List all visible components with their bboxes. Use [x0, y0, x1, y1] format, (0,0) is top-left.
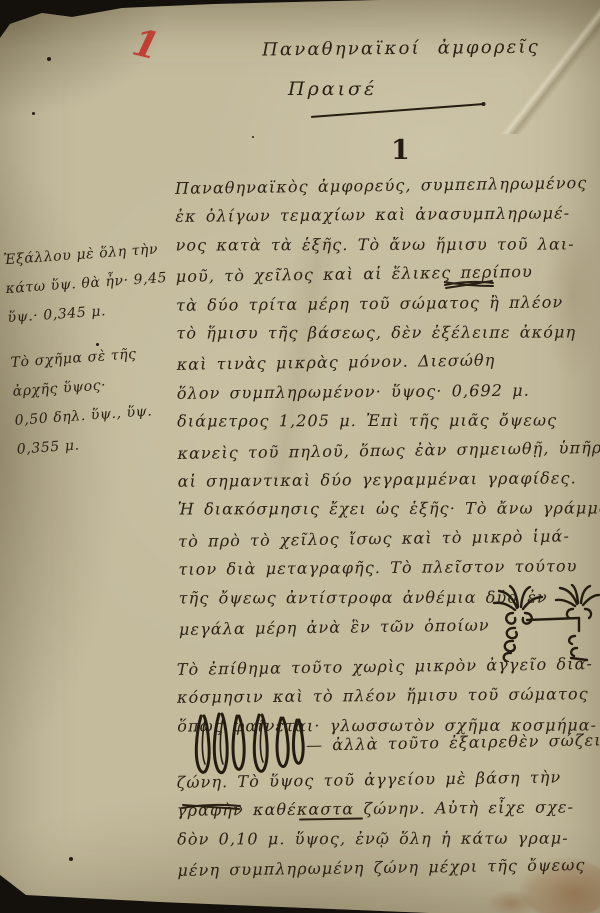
page-title: Παναθηναϊκοί ἀμφορεῖς — [262, 37, 540, 61]
strikethrough-mark — [444, 276, 494, 290]
manuscript-line: τὰ δύο τρίτα μέρη τοῦ σώματος ἢ πλέον — [176, 287, 588, 320]
paper-speck — [47, 57, 51, 61]
manuscript-line: κανεὶς τοῦ πηλοῦ, ὅπως ἐὰν σημειωθῇ, ὑπῆ… — [177, 433, 589, 468]
manuscript-line: μοῦ, τὸ χεῖλος καὶ αἱ ἕλικες περίπου — [176, 256, 588, 291]
margin-note: Ἐξάλλου μὲ ὅλη τὴνκάτω ὕψ. θὰ ἦν· 9,45ὕψ… — [3, 234, 190, 464]
stain-bottom-right-small — [487, 890, 537, 913]
strikethrough-mark — [181, 798, 241, 812]
paper-speck — [252, 136, 254, 138]
paper-speck — [32, 112, 35, 115]
body-paragraph-1: Παναθηναϊκὸς ἀμφορεύς, συμπεπληρωμένοςἐκ… — [175, 169, 591, 643]
page-subtitle: Πραισέ — [288, 78, 377, 100]
section-number: 1 — [391, 135, 410, 166]
manuscript-line: διάμετρος 1,205 μ. Ἐπὶ τῆς μιᾶς ὄψεως — [177, 406, 589, 436]
manuscript-line: αἱ σημαντικαὶ δύο γεγραμμέναι γραφίδες. — [178, 463, 590, 496]
manuscript-line: μένη συμπληρωμένη ζώνη μέχρι τῆς ὄψεως — [177, 850, 589, 885]
manuscript-line: τὸ πρὸ τὸ χεῖλος ἴσως καὶ τὸ μικρὸ ἱμά- — [178, 521, 590, 556]
manuscript-line: ὅλον συμπληρωμένον· ὕψος· 0,692 μ. — [177, 375, 589, 408]
manuscript-line: δὸν 0,10 μ. ὕψος, ἐνῷ ὅλη ἡ κάτω γραμ- — [177, 823, 589, 853]
palmette-ornament-sketch — [487, 584, 600, 666]
manuscript-line: Παναθηναϊκὸς ἀμφορεύς, συμπεπληρωμένος — [175, 168, 587, 203]
tongue-pattern-sketch — [191, 712, 309, 784]
manuscript-line: Ἡ διακόσμησις ἔχει ὡς ἑξῆς· Τὸ ἄνω γράμμ… — [178, 494, 590, 524]
manuscript-line: ἐκ ὀλίγων τεμαχίων καὶ ἀνασυμπληρωμέ- — [175, 199, 587, 232]
manuscript-line: τὸ ἥμισυ τῆς βάσεως, δὲν ἐξέλειπε ἀκόμη — [176, 317, 588, 347]
manuscript-line: κόσμησιν καὶ τὸ πλέον ἥμισυ τοῦ σώματος — [177, 680, 589, 713]
manuscript-line: καὶ τινὰς μικρὰς μόνον. Διεσώθη — [176, 345, 588, 380]
manuscript-line: νος κατὰ τὰ ἑξῆς. Τὸ ἄνω ἥμισυ τοῦ λαι- — [176, 229, 588, 259]
scanned-manuscript-page: { "document": { "folio_number_red": "1",… — [0, 0, 600, 913]
paper-speck — [69, 857, 73, 861]
manuscript-line: τιον διὰ μεταγραφῆς. Τὸ πλεῖστον τούτου — [178, 551, 590, 584]
